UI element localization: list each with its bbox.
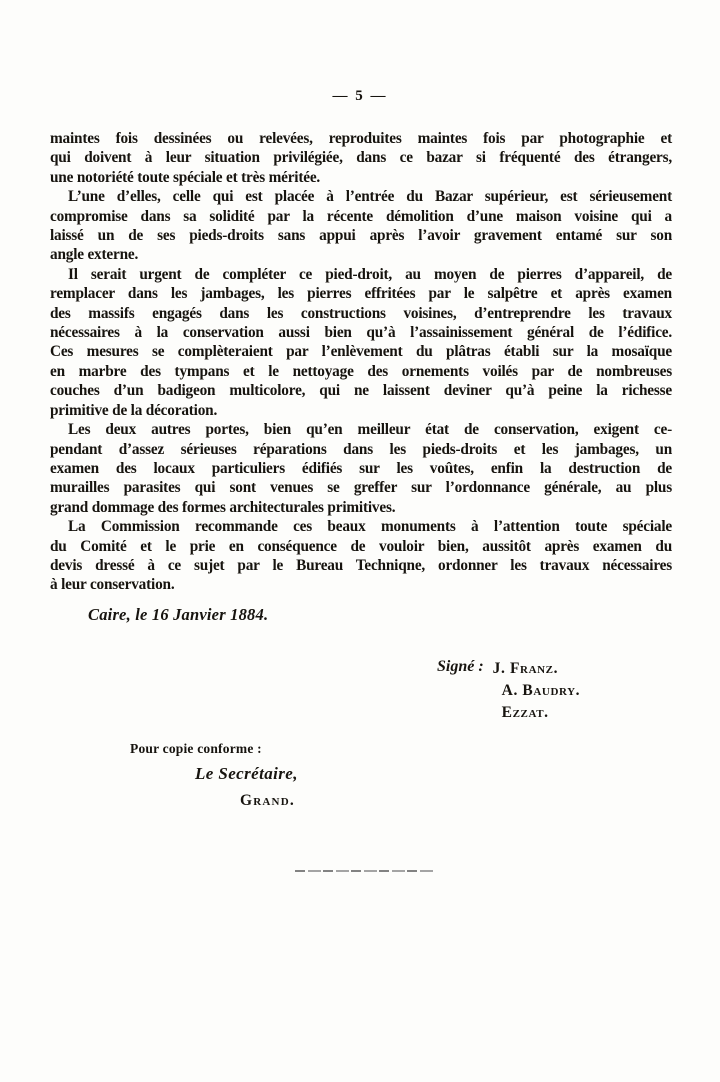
footer-rule-divider xyxy=(295,870,433,872)
paragraph: Les deux autres portes, bien qu’en meill… xyxy=(50,420,672,517)
text-line: compromise dans sa solidité par la récen… xyxy=(50,207,672,226)
dateline: Caire, le 16 Janvier 1884. xyxy=(88,605,268,625)
text-line: nécessaires à la conservation aussi bien… xyxy=(50,323,672,342)
document-page: — 5 — maintes fois dessinées ou relevées… xyxy=(0,0,720,1082)
text-line: laissé un de ses pieds-droits sans appui… xyxy=(50,226,672,245)
signature-name-ezzat: Ezzat. xyxy=(502,702,581,724)
signature-name-franz: J. Franz. xyxy=(493,658,581,680)
text-line: murailles parasites qui sont venues se g… xyxy=(50,478,672,497)
signature-label: Signé : xyxy=(437,658,484,676)
text-line: en marbre des tympans et le nettoyage de… xyxy=(50,362,672,381)
paragraph: L’une d’elles, celle qui est placée à l’… xyxy=(50,187,672,265)
text-line: examen des locaux particuliers édifiés s… xyxy=(50,459,672,478)
text-line: devis dressé à ce sujet par le Bureau Te… xyxy=(50,556,672,575)
signature-name-baudry: A. Baudry. xyxy=(502,680,581,702)
secretary-title: Le Secrétaire, xyxy=(195,764,298,784)
secretary-name: Grand. xyxy=(240,792,298,810)
text-line: La Commission recommande ces beaux monum… xyxy=(50,517,672,536)
text-line: pendant d’assez sérieuses réparations da… xyxy=(50,440,672,459)
text-line: à leur conservation. xyxy=(50,575,672,594)
signature-block: Signé : J. Franz. A. Baudry. Ezzat. xyxy=(437,658,580,724)
text-line: grand dommage des formes architecturales… xyxy=(50,498,672,517)
text-line: des massifs engagés dans les constructio… xyxy=(50,304,672,323)
page-number: — 5 — xyxy=(0,88,720,105)
text-line: Il serait urgent de compléter ce pied-dr… xyxy=(50,265,672,284)
text-line: du Comité et le prie en conséquence de v… xyxy=(50,537,672,556)
text-line: maintes fois dessinées ou relevées, repr… xyxy=(50,129,672,148)
text-line: angle externe. xyxy=(50,245,672,264)
text-line: remplacer dans les jambages, les pierres… xyxy=(50,284,672,303)
text-line: Les deux autres portes, bien qu’en meill… xyxy=(50,420,672,439)
copy-conforme-block: Pour copie conforme : Le Secrétaire, Gra… xyxy=(130,741,298,810)
copy-certify-label: Pour copie conforme : xyxy=(130,741,298,757)
text-line: primitive de la décoration. xyxy=(50,401,672,420)
text-line: Ces mesures se complèteraient par l’enlè… xyxy=(50,342,672,361)
text-line: couches d’un badigeon multicolore, qui n… xyxy=(50,381,672,400)
text-line: une notoriété toute spéciale et très mér… xyxy=(50,168,672,187)
signature-names: J. Franz. A. Baudry. Ezzat. xyxy=(493,658,581,724)
paragraph: Il serait urgent de compléter ce pied-dr… xyxy=(50,265,672,420)
text-line: qui doivent à leur situation privilégiée… xyxy=(50,148,672,167)
paragraph: maintes fois dessinées ou relevées, repr… xyxy=(50,129,672,187)
text-line: L’une d’elles, celle qui est placée à l’… xyxy=(50,187,672,206)
paragraph: La Commission recommande ces beaux monum… xyxy=(50,517,672,595)
body-text: maintes fois dessinées ou relevées, repr… xyxy=(50,129,672,595)
